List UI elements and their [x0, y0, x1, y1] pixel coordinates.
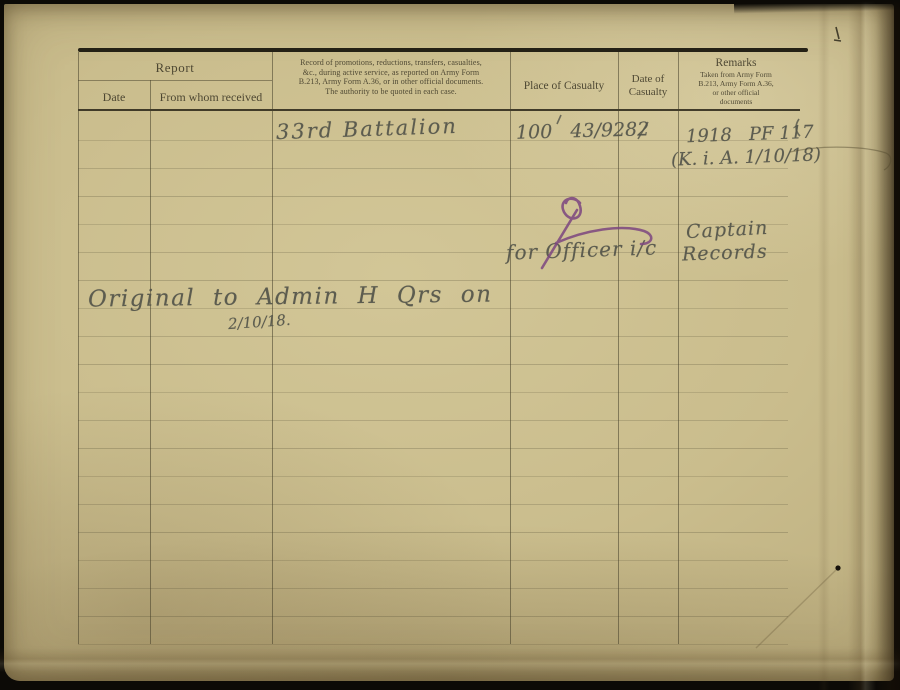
- table-row-line: [78, 224, 788, 225]
- header-date: Date: [78, 90, 150, 105]
- table-row-line: [78, 476, 788, 477]
- header-record-line: The authority to be quoted in each case.: [276, 87, 506, 97]
- report-group-underline: [78, 80, 272, 81]
- scanned-document-page: Report Date From whom received Record of…: [0, 0, 900, 690]
- table-row-line: [78, 588, 788, 589]
- table-row-line: [78, 644, 788, 645]
- paper-edge-shadow: [876, 0, 900, 690]
- table-row-line: [78, 616, 788, 617]
- header-remarks-sub-line: documents: [680, 97, 792, 106]
- header-record-line: B.213, Army Form A.36, or in other offic…: [276, 77, 506, 87]
- entry-rank: Captain: [685, 217, 768, 243]
- table-row-line: [78, 504, 788, 505]
- header-from-whom: From whom received: [150, 90, 272, 105]
- paper-crease: [818, 0, 830, 690]
- header-record-line: &c., during active service, as reported …: [276, 68, 506, 78]
- header-record-line: Record of promotions, reductions, transf…: [276, 58, 506, 68]
- table-row-line: [78, 140, 788, 141]
- entry-place: 100 43/9282: [516, 118, 650, 143]
- header-report: Report: [78, 60, 272, 76]
- entry-remarks-line1: 1918 PF 117: [686, 122, 814, 147]
- header-date-of-casualty-line: Casualty: [618, 86, 678, 99]
- header-remarks-sub-line: B.213, Army Form A.36,: [680, 79, 792, 88]
- table-row-line: [78, 420, 788, 421]
- table-row-line: [78, 448, 788, 449]
- entry-transfer-note: Original to Admin H Qrs on: [88, 282, 493, 313]
- table-top-border: [78, 48, 808, 52]
- table-row-line: [78, 532, 788, 533]
- header-remarks-sub-line: or other official: [680, 88, 792, 97]
- table-row-line: [78, 560, 788, 561]
- paper-crease: [0, 648, 900, 672]
- table-header-bottom-border: [78, 109, 800, 111]
- table-row-line: [78, 196, 788, 197]
- header-date-of-casualty-line: Date of: [618, 73, 678, 86]
- entry-records: Records: [682, 241, 768, 266]
- table-row-line: [78, 336, 788, 337]
- table-row-line: [78, 364, 788, 365]
- header-place-of-casualty: Place of Casualty: [510, 80, 618, 92]
- table-row-line: [78, 392, 788, 393]
- header-remarks-title: Remarks: [680, 57, 792, 69]
- header-record-block: Record of promotions, reductions, transf…: [276, 58, 506, 96]
- paper-crease: [848, 0, 876, 690]
- header-remarks-sub-line: Taken from Army Form: [680, 70, 792, 79]
- header-date-of-casualty: Date of Casualty: [618, 73, 678, 99]
- table-row-line: [78, 280, 788, 281]
- header-remarks-sub: Taken from Army Form B.213, Army Form A.…: [680, 70, 792, 106]
